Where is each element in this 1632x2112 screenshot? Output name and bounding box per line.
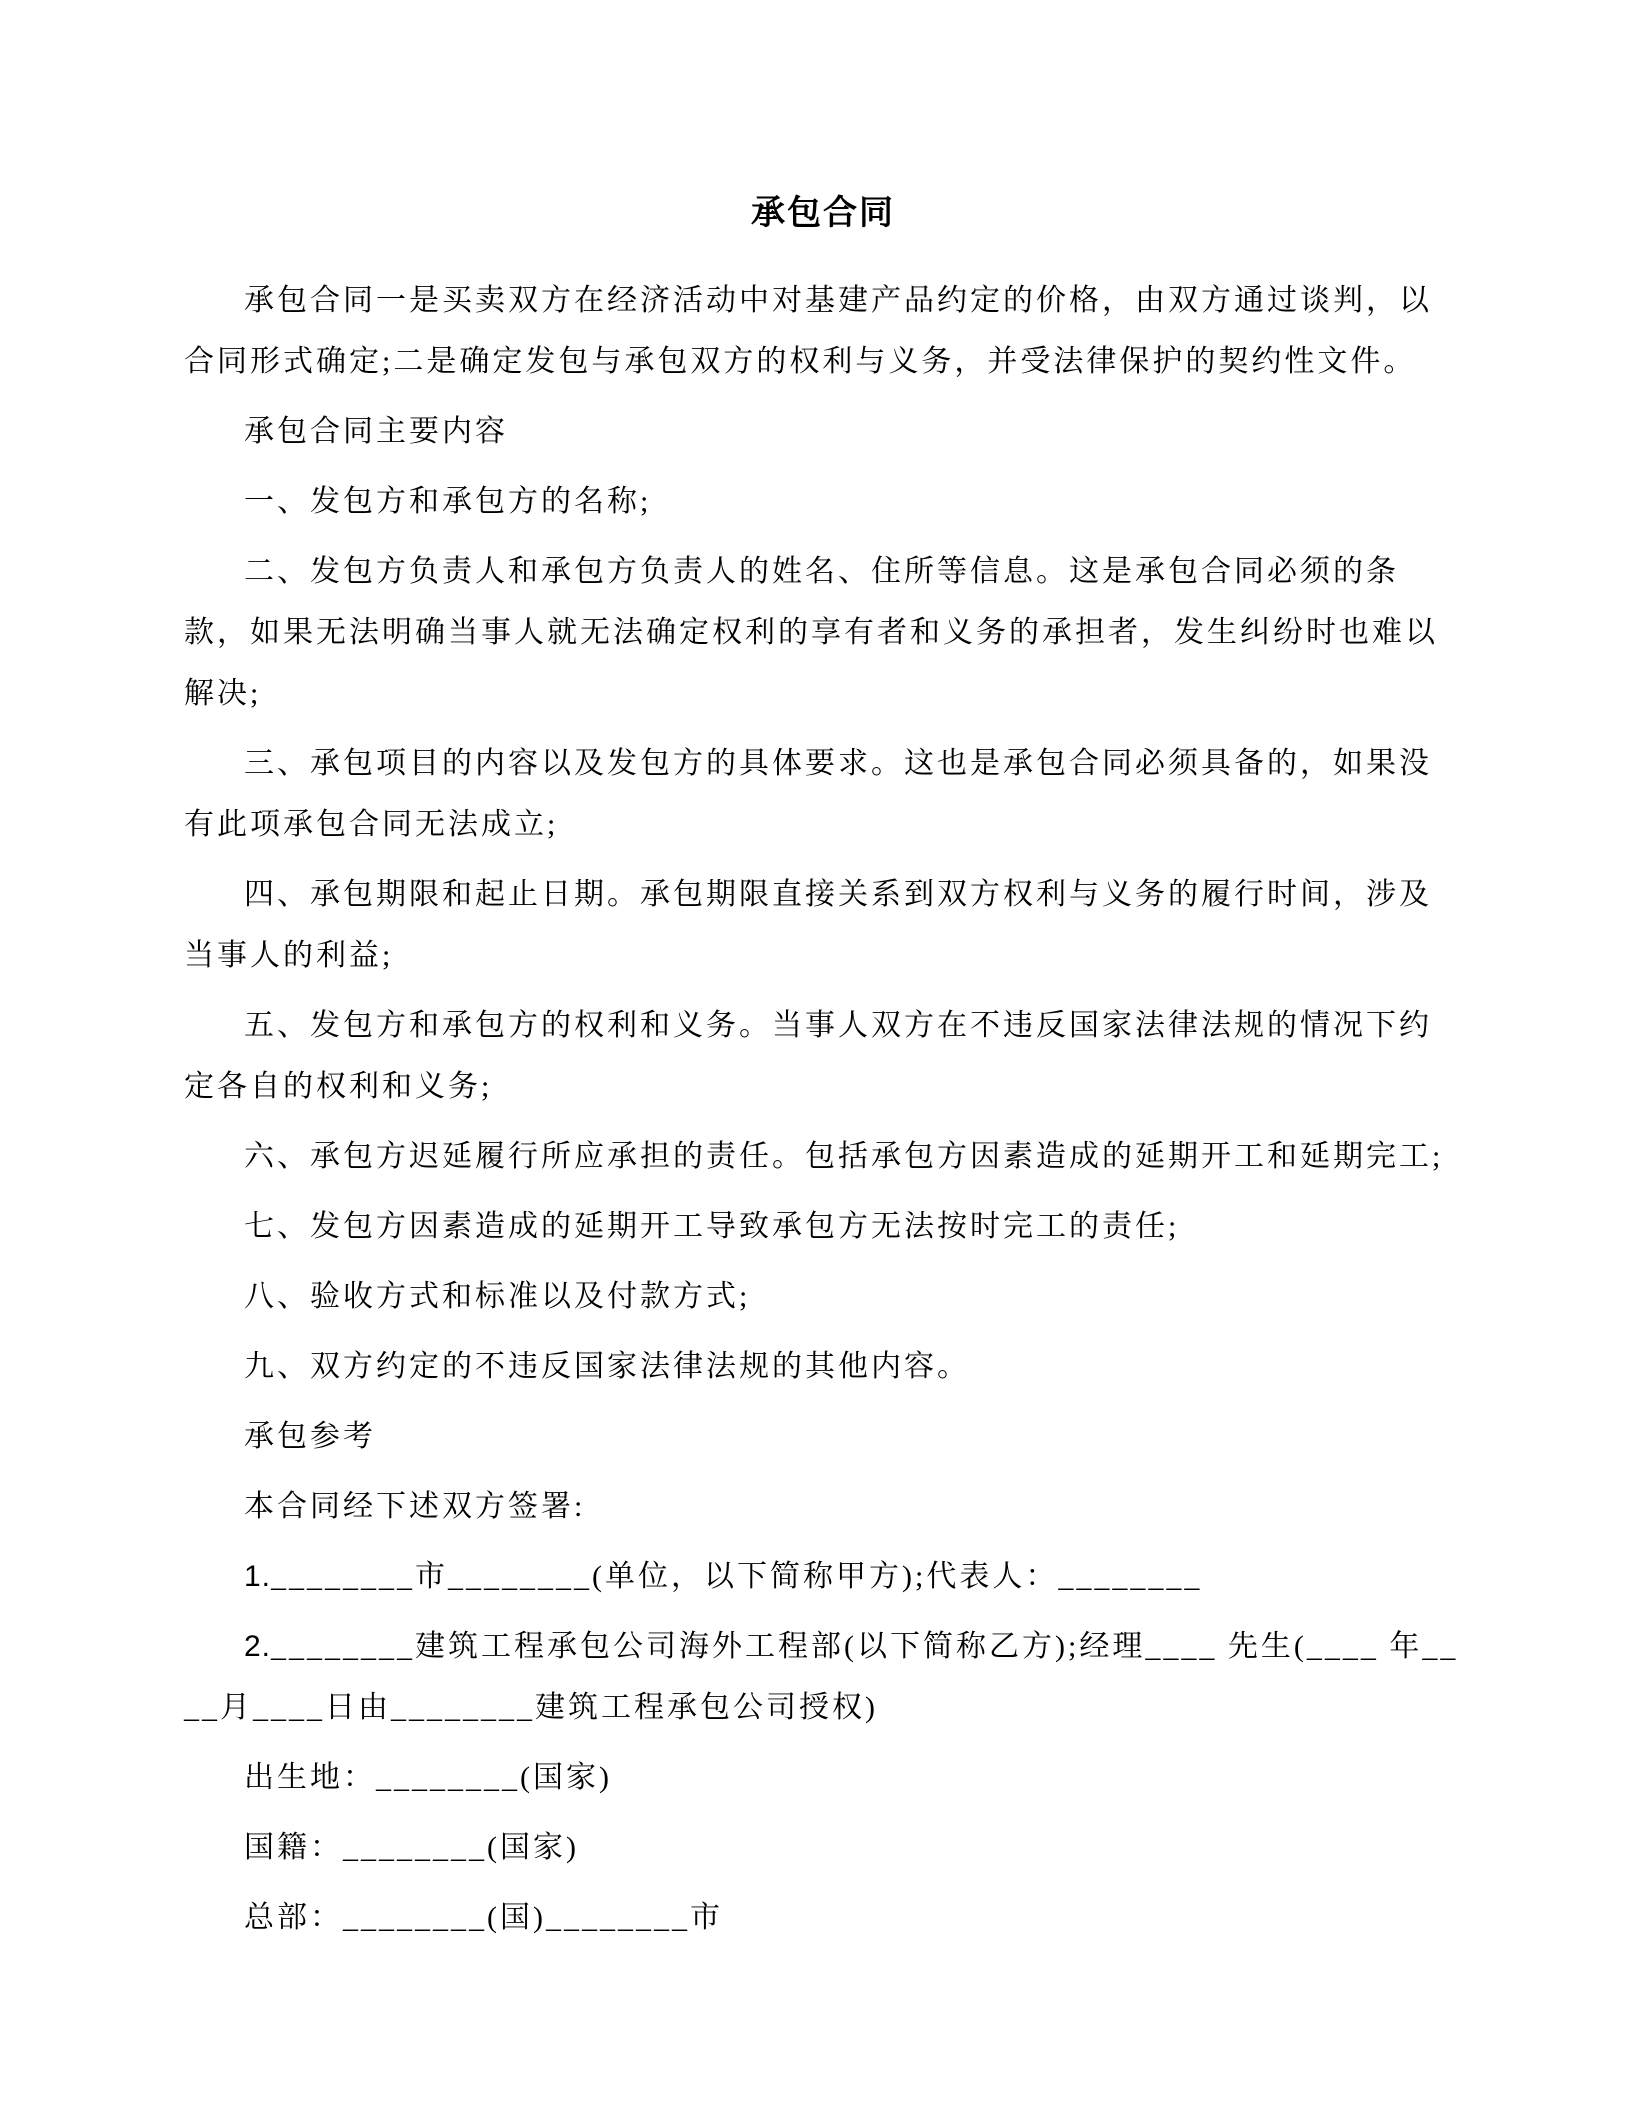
document-title: 承包合同 xyxy=(184,192,1462,234)
content-item-5: 五、发包方和承包方的权利和义务。当事人双方在不违反国家法律法规的情况下约定各自的… xyxy=(184,995,1462,1117)
intro-paragraph: 承包合同一是买卖双方在经济活动中对基建产品约定的价格，由双方通过谈判，以合同形式… xyxy=(184,270,1462,392)
content-item-1: 一、发包方和承包方的名称; xyxy=(184,471,1462,532)
party-b-number: 2. xyxy=(244,1630,271,1663)
content-item-8: 八、验收方式和标准以及付款方式; xyxy=(184,1266,1462,1327)
party-a-number: 1. xyxy=(244,1560,271,1593)
party-a-text: ________市________(单位，以下简称甲方);代表人：_______… xyxy=(271,1560,1202,1593)
birthplace-line: 出生地：________(国家) xyxy=(184,1747,1462,1808)
content-item-7: 七、发包方因素造成的延期开工导致承包方无法按时完工的责任; xyxy=(184,1196,1462,1257)
document-page: 承包合同 承包合同一是买卖双方在经济活动中对基建产品约定的价格，由双方通过谈判，… xyxy=(0,0,1632,2112)
headquarters-line: 总部：________(国)________市 xyxy=(184,1887,1462,1948)
party-a-line: 1.________市________(单位，以下简称甲方);代表人：_____… xyxy=(184,1546,1462,1607)
party-b-text: ________建筑工程承包公司海外工程部(以下简称乙方);经理____ 先生(… xyxy=(184,1630,1458,1724)
reference-heading: 承包参考 xyxy=(184,1406,1462,1467)
nationality-line: 国籍：________(国家) xyxy=(184,1817,1462,1878)
party-b-line: 2.________建筑工程承包公司海外工程部(以下简称乙方);经理____ 先… xyxy=(184,1616,1462,1738)
main-content-heading: 承包合同主要内容 xyxy=(184,401,1462,462)
content-item-9: 九、双方约定的不违反国家法律法规的其他内容。 xyxy=(184,1336,1462,1397)
content-item-4: 四、承包期限和起止日期。承包期限直接关系到双方权利与义务的履行时间，涉及当事人的… xyxy=(184,864,1462,986)
content-item-2: 二、发包方负责人和承包方负责人的姓名、住所等信息。这是承包合同必须的条款，如果无… xyxy=(184,541,1462,724)
signing-statement: 本合同经下述双方签署: xyxy=(184,1476,1462,1537)
content-item-3: 三、承包项目的内容以及发包方的具体要求。这也是承包合同必须具备的，如果没有此项承… xyxy=(184,733,1462,855)
content-item-6: 六、承包方迟延履行所应承担的责任。包括承包方因素造成的延期开工和延期完工; xyxy=(184,1126,1462,1187)
